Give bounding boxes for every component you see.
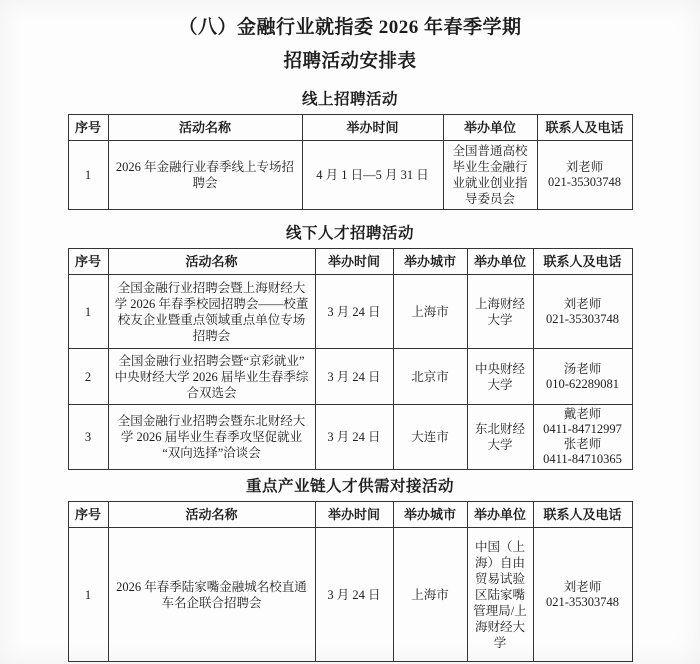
table-header-row: 序号 活动名称 举办时间 举办城市 举办单位 联系人及电话 <box>68 249 632 275</box>
activity-name-cell: 全国金融行业招聘会暨上海财经大学 2026 年春季校园招聘会——校董校友企业暨重… <box>108 275 315 349</box>
column-header-unit: 举办单位 <box>443 115 537 141</box>
seq-cell: 1 <box>68 275 108 349</box>
column-header-time: 举办时间 <box>315 502 393 528</box>
seq-cell: 1 <box>68 141 108 210</box>
column-header-contact: 联系人及电话 <box>533 502 632 528</box>
column-header-contact: 联系人及电话 <box>533 249 632 275</box>
contact-cell: 汤老师 010-62289081 <box>533 349 632 405</box>
city-cell: 上海市 <box>393 528 467 662</box>
organizer-unit-cell: 中国（上海）自由贸易试验区陆家嘴管理局/上海财经大学 <box>467 528 533 662</box>
time-cell: 4 月 1 日—5 月 31 日 <box>302 141 443 210</box>
document-title-line2: 招聘活动安排表 <box>0 49 700 75</box>
column-header-unit: 举办单位 <box>467 502 533 528</box>
column-header-seq: 序号 <box>68 502 108 528</box>
organizer-unit-cell: 全国普通高校毕业生金融行业就业创业指导委员会 <box>443 141 537 210</box>
contact-cell: 戴老师 0411-84712997 张老师 0411-84710365 <box>533 405 632 470</box>
contact-cell: 刘老师 021-35303748 <box>537 141 632 210</box>
section-title-offline: 线下人才招聘活动 <box>0 223 700 245</box>
organizer-unit-cell: 上海财经大学 <box>467 275 533 349</box>
city-cell: 北京市 <box>393 349 467 405</box>
activity-name-cell: 2026 年金融行业春季线上专场招聘会 <box>108 141 302 210</box>
activity-name-cell: 全国金融行业招聘会暨东北财经大学 2026 届毕业生春季攻坚促就业“双向选择”洽… <box>108 405 315 470</box>
section-title-online: 线上招聘活动 <box>0 89 700 111</box>
contact-cell: 刘老师 021-35303748 <box>533 528 632 662</box>
column-header-unit: 举办单位 <box>467 249 533 275</box>
time-cell: 3 月 24 日 <box>315 349 393 405</box>
activity-name-cell: 2026 年春季陆家嘴金融城名校直通车名企联合招聘会 <box>108 528 315 662</box>
column-header-city: 举办城市 <box>393 249 467 275</box>
seq-cell: 3 <box>68 405 108 470</box>
column-header-time: 举办时间 <box>315 249 393 275</box>
activity-name-cell: 全国金融行业招聘会暨“京彩就业”中央财经大学 2026 届毕业生春季综合双选会 <box>108 349 315 405</box>
contact-cell: 刘老师 021-35303748 <box>533 275 632 349</box>
time-cell: 3 月 24 日 <box>315 275 393 349</box>
city-cell: 大连市 <box>393 405 467 470</box>
table-row: 1 2026 年春季陆家嘴金融城名校直通车名企联合招聘会 3 月 24 日 上海… <box>68 528 632 662</box>
table-row: 1 全国金融行业招聘会暨上海财经大学 2026 年春季校园招聘会——校董校友企业… <box>68 275 632 349</box>
table-row: 3 全国金融行业招聘会暨东北财经大学 2026 届毕业生春季攻坚促就业“双向选择… <box>68 405 632 470</box>
column-header-seq: 序号 <box>68 249 108 275</box>
industry-chain-table: 序号 活动名称 举办时间 举办城市 举办单位 联系人及电话 1 2026 年春季… <box>68 501 633 662</box>
table-row: 1 2026 年金融行业春季线上专场招聘会 4 月 1 日—5 月 31 日 全… <box>68 141 632 210</box>
seq-cell: 2 <box>68 349 108 405</box>
table-row: 2 全国金融行业招聘会暨“京彩就业”中央财经大学 2026 届毕业生春季综合双选… <box>68 349 632 405</box>
seq-cell: 1 <box>68 528 108 662</box>
document-title-line1: （八）金融行业就指委 2026 年春季学期 <box>0 0 700 41</box>
column-header-time: 举办时间 <box>302 115 443 141</box>
column-header-seq: 序号 <box>68 115 108 141</box>
time-cell: 3 月 24 日 <box>315 528 393 662</box>
time-cell: 3 月 24 日 <box>315 405 393 470</box>
column-header-contact: 联系人及电话 <box>537 115 632 141</box>
table-header-row: 序号 活动名称 举办时间 举办单位 联系人及电话 <box>68 115 632 141</box>
organizer-unit-cell: 中央财经大学 <box>467 349 533 405</box>
column-header-activity: 活动名称 <box>108 115 302 141</box>
column-header-activity: 活动名称 <box>108 249 315 275</box>
organizer-unit-cell: 东北财经大学 <box>467 405 533 470</box>
online-recruitment-table: 序号 活动名称 举办时间 举办单位 联系人及电话 1 2026 年金融行业春季线… <box>68 114 633 210</box>
table-header-row: 序号 活动名称 举办时间 举办城市 举办单位 联系人及电话 <box>68 502 632 528</box>
section-title-industry-chain: 重点产业链人才供需对接活动 <box>0 476 700 498</box>
city-cell: 上海市 <box>393 275 467 349</box>
column-header-activity: 活动名称 <box>108 502 315 528</box>
document-page: （八）金融行业就指委 2026 年春季学期 招聘活动安排表 线上招聘活动 序号 … <box>0 0 700 664</box>
column-header-city: 举办城市 <box>393 502 467 528</box>
offline-recruitment-table: 序号 活动名称 举办时间 举办城市 举办单位 联系人及电话 1 全国金融行业招聘… <box>68 248 633 470</box>
